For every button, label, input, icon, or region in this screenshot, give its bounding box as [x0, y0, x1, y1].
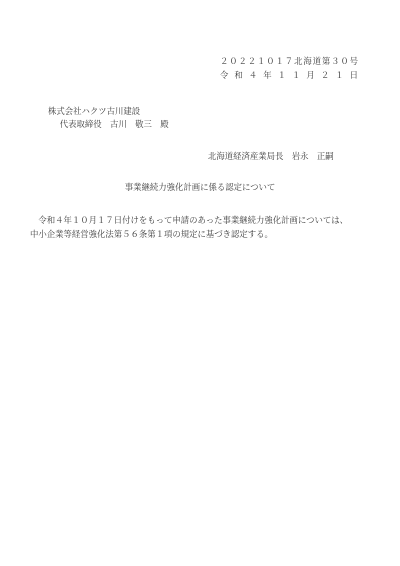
subject-title: 事業継続力強化計画に係る認定について — [0, 181, 400, 194]
issue-date: 令和４年１１月２１日 — [220, 69, 358, 83]
document-header-block: ２０２２１０１７北海道第３０号 令和４年１１月２１日 — [220, 55, 358, 83]
body-paragraph: 令和４年１０月１７日付けをもって申請のあった事業継続力強化計画については、中小企… — [30, 214, 351, 241]
recipient-company: 株式会社ハクツ古川建設 — [48, 105, 169, 118]
doc-number: ２０２２１０１７北海道第３０号 — [220, 55, 358, 69]
issuer-line: 北海道経済産業局長 岩永 正嗣 — [208, 150, 334, 163]
recipient-block: 株式会社ハクツ古川建設 代表取締役 古川 敬三 殿 — [48, 105, 169, 131]
recipient-representative: 代表取締役 古川 敬三 殿 — [48, 118, 169, 131]
document-page: ２０２２１０１７北海道第３０号 令和４年１１月２１日 株式会社ハクツ古川建設 代… — [0, 0, 400, 566]
